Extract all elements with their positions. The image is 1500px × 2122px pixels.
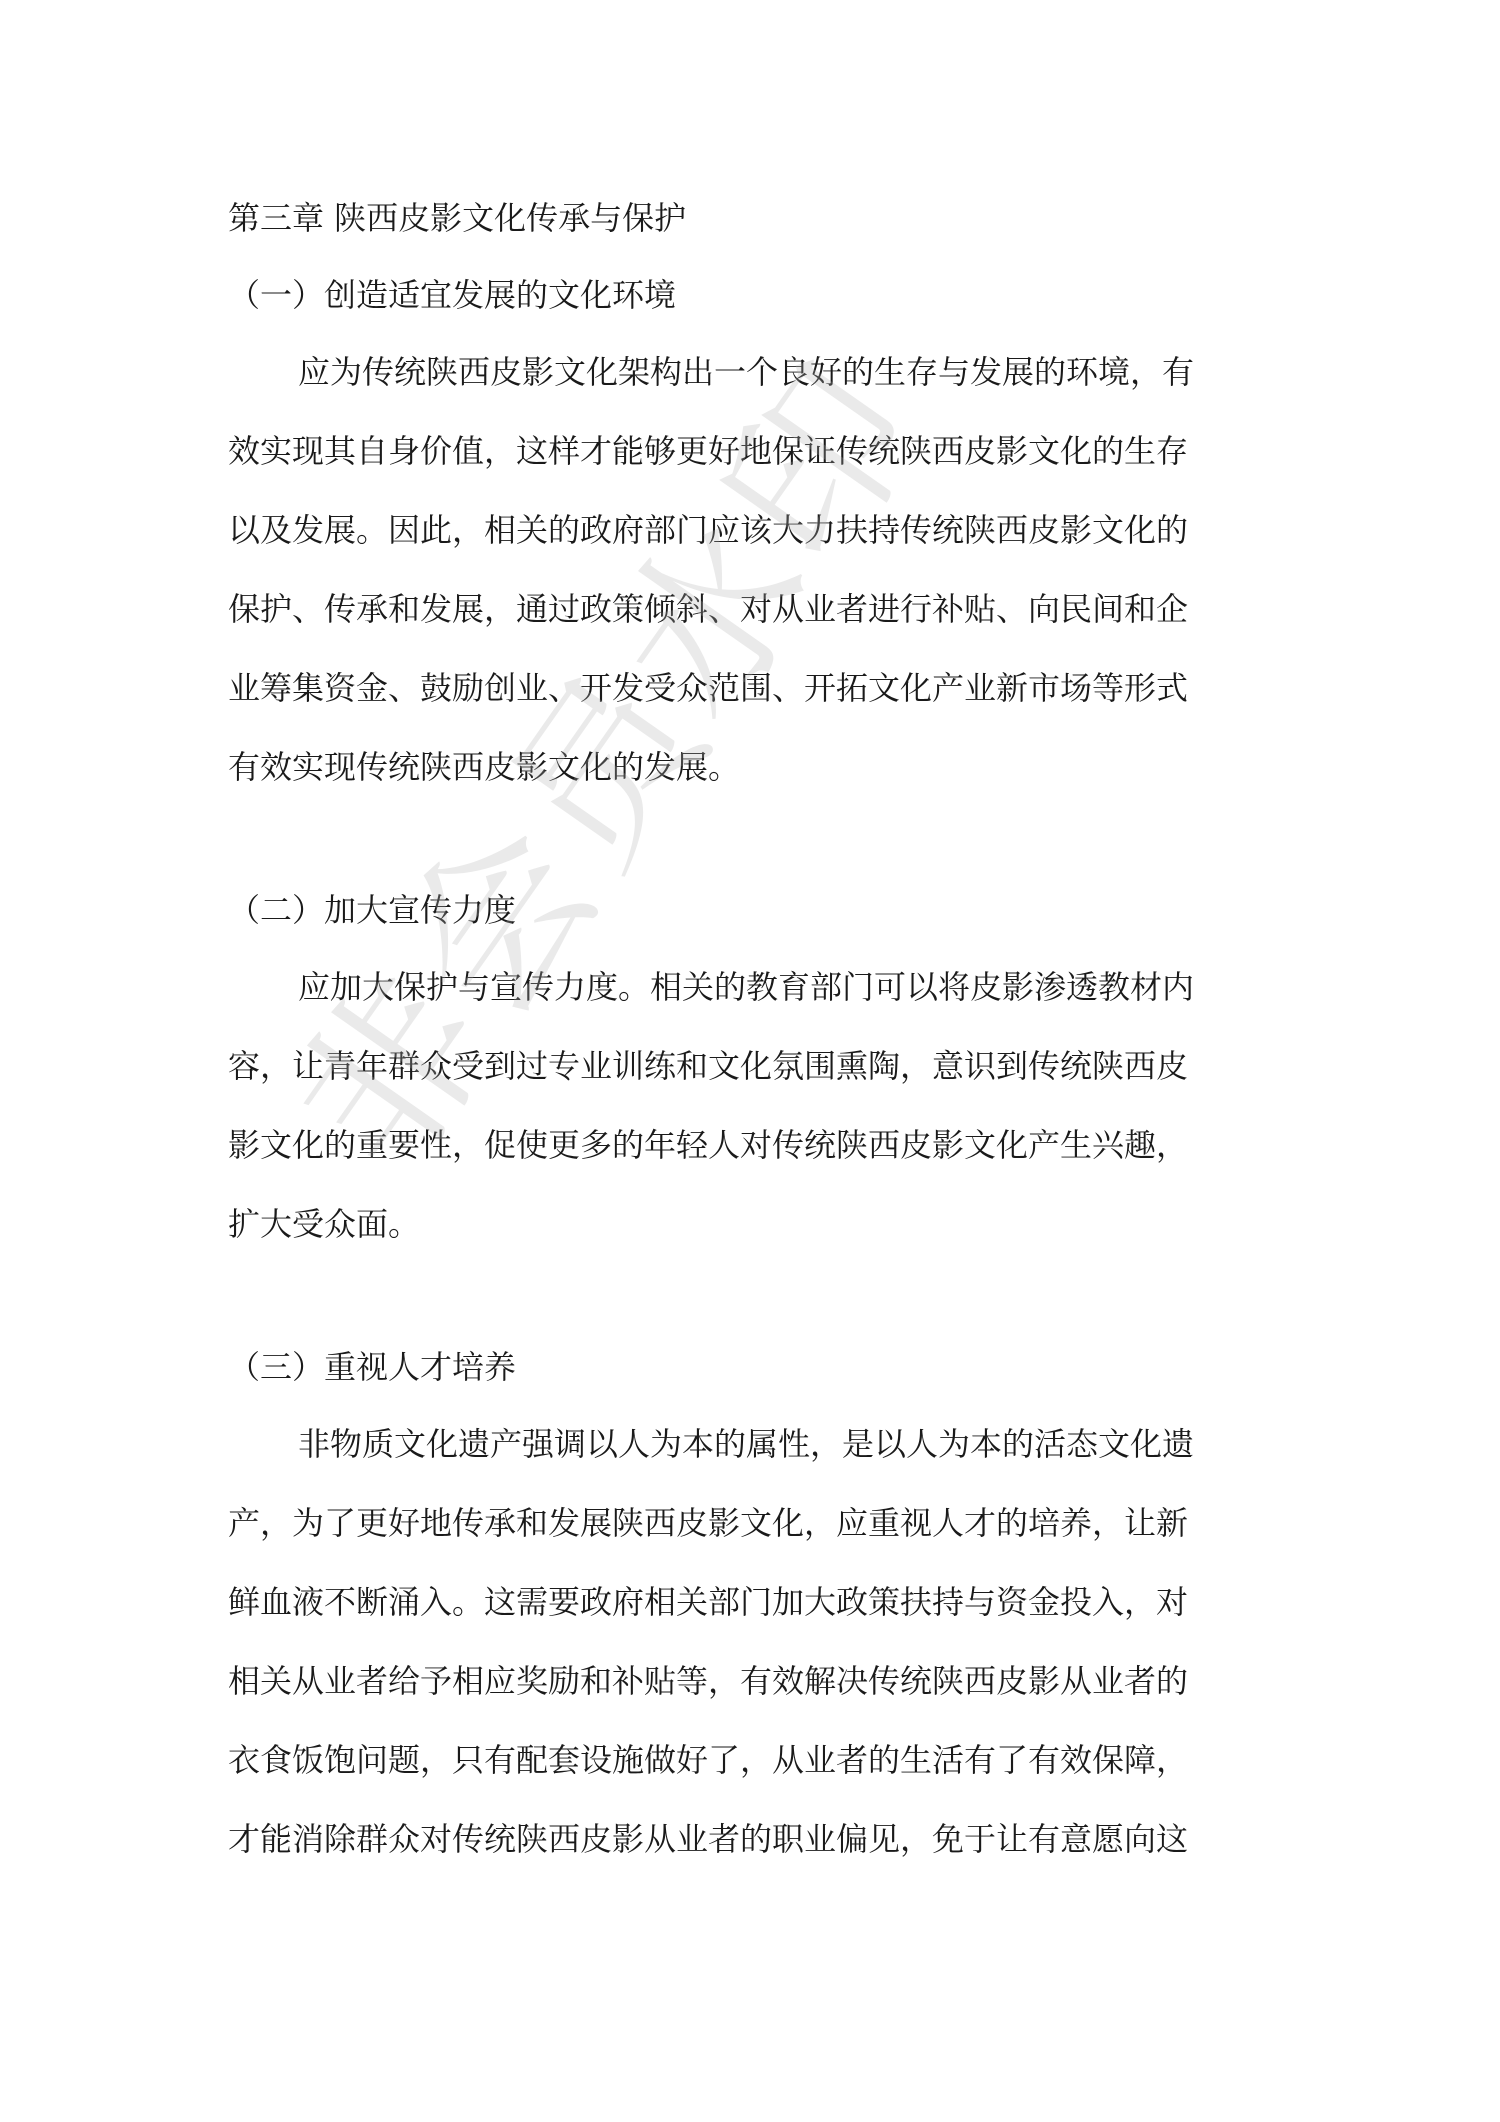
paragraph-line: 影文化的重要性，促使更多的年轻人对传统陕西皮影文化产生兴趣， — [228, 1125, 1280, 1165]
section-1-paragraph: 应为传统陕西皮影文化架构出一个良好的生存与发展的环境，有 效实现其自身价值，这样… — [228, 352, 1280, 787]
paragraph-line: 以及发展。因此，相关的政府部门应该大力扶持传统陕西皮影文化的 — [228, 510, 1280, 550]
paragraph-line: 相关从业者给予相应奖励和补贴等，有效解决传统陕西皮影从业者的 — [228, 1661, 1280, 1701]
paragraph-line: 应为传统陕西皮影文化架构出一个良好的生存与发展的环境，有 — [228, 352, 1280, 392]
paragraph-line: 才能消除群众对传统陕西皮影从业者的职业偏见，免于让有意愿向这 — [228, 1819, 1280, 1859]
section-heading-1: （一）创造适宜发展的文化环境 — [228, 275, 1280, 315]
paragraph-line: 应加大保护与宣传力度。相关的教育部门可以将皮影渗透教材内 — [228, 967, 1280, 1007]
document-body: 第三章 陕西皮影文化传承与保护 （一）创造适宜发展的文化环境 应为传统陕西皮影文… — [228, 198, 1280, 1898]
paragraph-line: 效实现其自身价值，这样才能够更好地保证传统陕西皮影文化的生存 — [228, 431, 1280, 471]
paragraph-line: 鲜血液不断涌入。这需要政府相关部门加大政策扶持与资金投入，对 — [228, 1582, 1280, 1622]
paragraph-line: 扩大受众面。 — [228, 1204, 1280, 1244]
chapter-title: 第三章 陕西皮影文化传承与保护 — [228, 198, 1280, 238]
paragraph-line: 容，让青年群众受到过专业训练和文化氛围熏陶，意识到传统陕西皮 — [228, 1046, 1280, 1086]
paragraph-line: 保护、传承和发展，通过政策倾斜、对从业者进行补贴、向民间和企 — [228, 589, 1280, 629]
paragraph-line: 非物质文化遗产强调以人为本的属性，是以人为本的活态文化遗 — [228, 1424, 1280, 1464]
section-spacer — [228, 826, 1280, 890]
section-spacer — [228, 1283, 1280, 1347]
section-2-paragraph: 应加大保护与宣传力度。相关的教育部门可以将皮影渗透教材内 容，让青年群众受到过专… — [228, 967, 1280, 1244]
section-3-paragraph: 非物质文化遗产强调以人为本的属性，是以人为本的活态文化遗 产，为了更好地传承和发… — [228, 1424, 1280, 1859]
document-page: 第三章 陕西皮影文化传承与保护 （一）创造适宜发展的文化环境 应为传统陕西皮影文… — [0, 0, 1500, 2122]
section-heading-3: （三）重视人才培养 — [228, 1347, 1280, 1387]
paragraph-line: 产，为了更好地传承和发展陕西皮影文化，应重视人才的培养，让新 — [228, 1503, 1280, 1543]
section-heading-2: （二）加大宣传力度 — [228, 890, 1280, 930]
paragraph-line: 业筹集资金、鼓励创业、开发受众范围、开拓文化产业新市场等形式 — [228, 668, 1280, 708]
paragraph-line: 有效实现传统陕西皮影文化的发展。 — [228, 747, 1280, 787]
paragraph-line: 衣食饭饱问题，只有配套设施做好了，从业者的生活有了有效保障， — [228, 1740, 1280, 1780]
